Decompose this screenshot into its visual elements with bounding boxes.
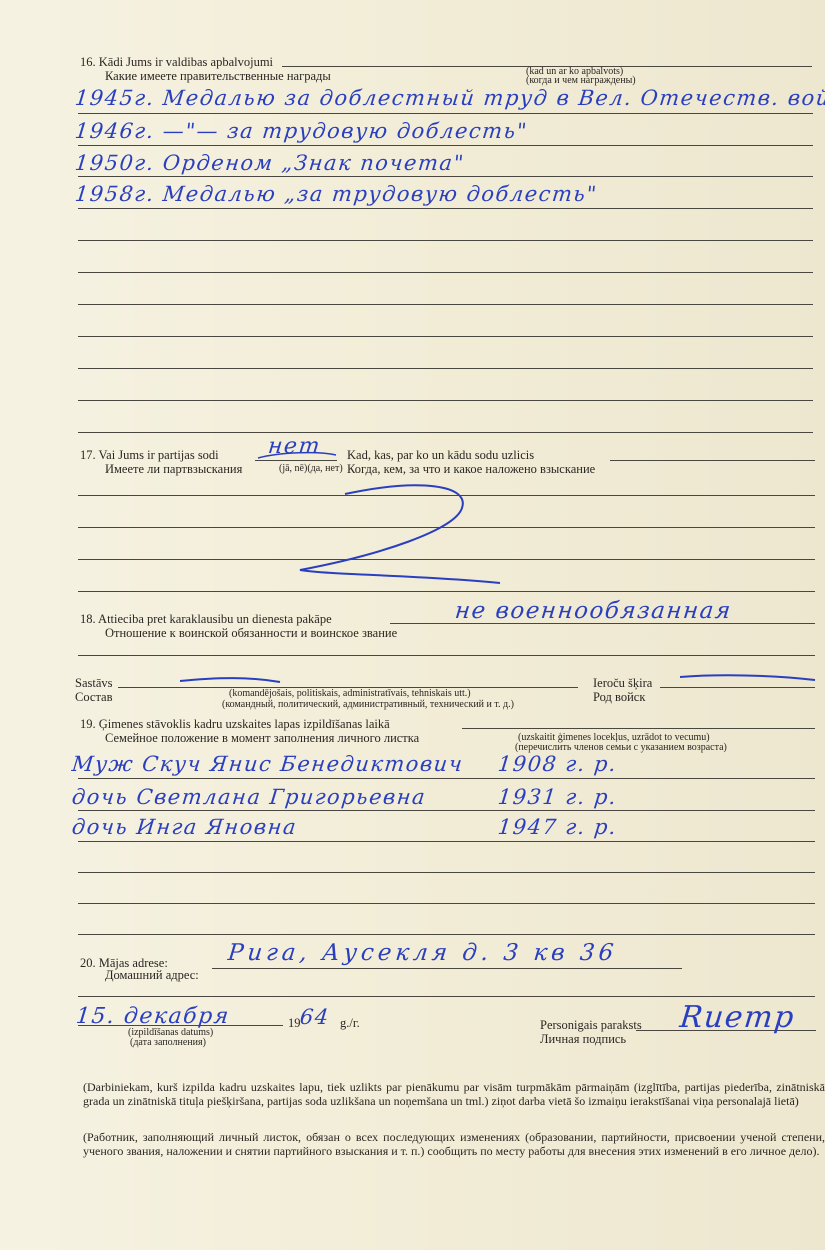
line [78, 400, 813, 401]
composition-label-ru: Состав [75, 690, 113, 704]
family-member-year[interactable]: 1931 г. р. [497, 785, 619, 809]
line [78, 368, 813, 369]
line [78, 872, 815, 873]
line [78, 113, 813, 114]
section17-detail-label-lv: Kad, kas, par ko un kādu sodu uzlicis [347, 448, 534, 462]
line [78, 240, 813, 241]
line [610, 460, 815, 461]
section16-label-lv: 16. Kādi Jums ir valdibas apbalvojumi [80, 55, 273, 69]
family-member-name[interactable]: Муж Скуч Янис Бенедиктович [71, 752, 465, 776]
section18-answer[interactable]: не военнообязанная [454, 598, 733, 624]
section16-label-ru: Какие имеете правительственные награды [105, 69, 331, 83]
family-member-year[interactable]: 1908 г. р. [497, 752, 619, 776]
composition-label-lv: Sastāvs [75, 676, 113, 690]
line [462, 728, 815, 729]
year-suffix: g./г. [340, 1016, 360, 1030]
award-entry[interactable]: 1958г. Медалью „за трудовую доблесть" [74, 182, 599, 206]
section17-label-lv: 17. Vai Jums ir partijas sodi [80, 448, 219, 462]
section19-label-ru: Семейное положение в момент заполнения л… [105, 731, 419, 745]
section17-options-hint: (jā, nē)(да, нет) [279, 463, 343, 474]
family-member-name[interactable]: дочь Инга Яновна [71, 815, 299, 839]
composition-hint-lv: (komandējošais, politiskais, administrat… [229, 688, 471, 699]
section17-label-ru: Имеете ли партвзыскания [105, 462, 242, 476]
line [255, 460, 337, 461]
award-entry[interactable]: 1950г. Орденом „Знак почета" [74, 151, 466, 175]
section20-label-ru: Домашний адрес: [105, 968, 199, 982]
line [78, 841, 815, 842]
line [78, 934, 815, 935]
line [78, 208, 813, 209]
line [660, 687, 815, 688]
family-member-name[interactable]: дочь Светлана Григорьевна [71, 785, 428, 809]
signature[interactable]: Ruemp [678, 1000, 797, 1035]
signature-label-ru: Личная подпись [540, 1032, 626, 1046]
line [212, 968, 682, 969]
line [78, 778, 815, 779]
line [78, 559, 815, 560]
section17-detail-label-ru: Когда, кем, за что и какое наложено взыс… [347, 462, 595, 476]
line [78, 655, 815, 656]
section16-hint-ru: (когда и чем награждены) [526, 75, 636, 86]
section17-answer[interactable]: нет [267, 434, 323, 459]
section20-answer[interactable]: Рига, Аусекля д. 3 кв 36 [227, 940, 619, 966]
footer-note-lv: (Darbiniekam, kurš izpilda kadru uzskait… [83, 1080, 825, 1108]
line [78, 336, 813, 337]
line [78, 810, 815, 811]
line [78, 1025, 283, 1026]
section18-label-lv: 18. Attieciba pret karaklausibu un diene… [80, 612, 332, 626]
line [78, 432, 813, 433]
branch-label-lv: Ieroču šķira [593, 676, 652, 690]
line [78, 996, 815, 997]
family-member-year[interactable]: 1947 г. р. [497, 815, 619, 839]
branch-label-ru: Род войск [593, 690, 645, 704]
composition-hint-ru: (командный, политический, административн… [222, 699, 514, 710]
line [78, 903, 815, 904]
line [78, 591, 815, 592]
line [78, 527, 815, 528]
line [78, 145, 813, 146]
section19-label-lv: 19. Ģimenes stāvoklis kadru uzskaites la… [80, 717, 390, 731]
line [78, 304, 813, 305]
award-entry[interactable]: 1945г. Медалью за доблестный труд в Вел.… [74, 86, 825, 110]
footer-note-ru: (Работник, заполняющий личный листок, об… [83, 1130, 825, 1158]
award-entry[interactable]: 1946г. —"— за трудовую доблесть" [74, 119, 529, 143]
line [78, 272, 813, 273]
line [78, 495, 815, 496]
section18-label-ru: Отношение к воинской обязанности и воинс… [105, 626, 397, 640]
signature-label-lv: Personigais paraksts [540, 1018, 642, 1032]
line [78, 176, 813, 177]
year-handwritten[interactable]: 64 [299, 1005, 331, 1029]
date-hint-ru: (дата заполнения) [130, 1037, 206, 1048]
